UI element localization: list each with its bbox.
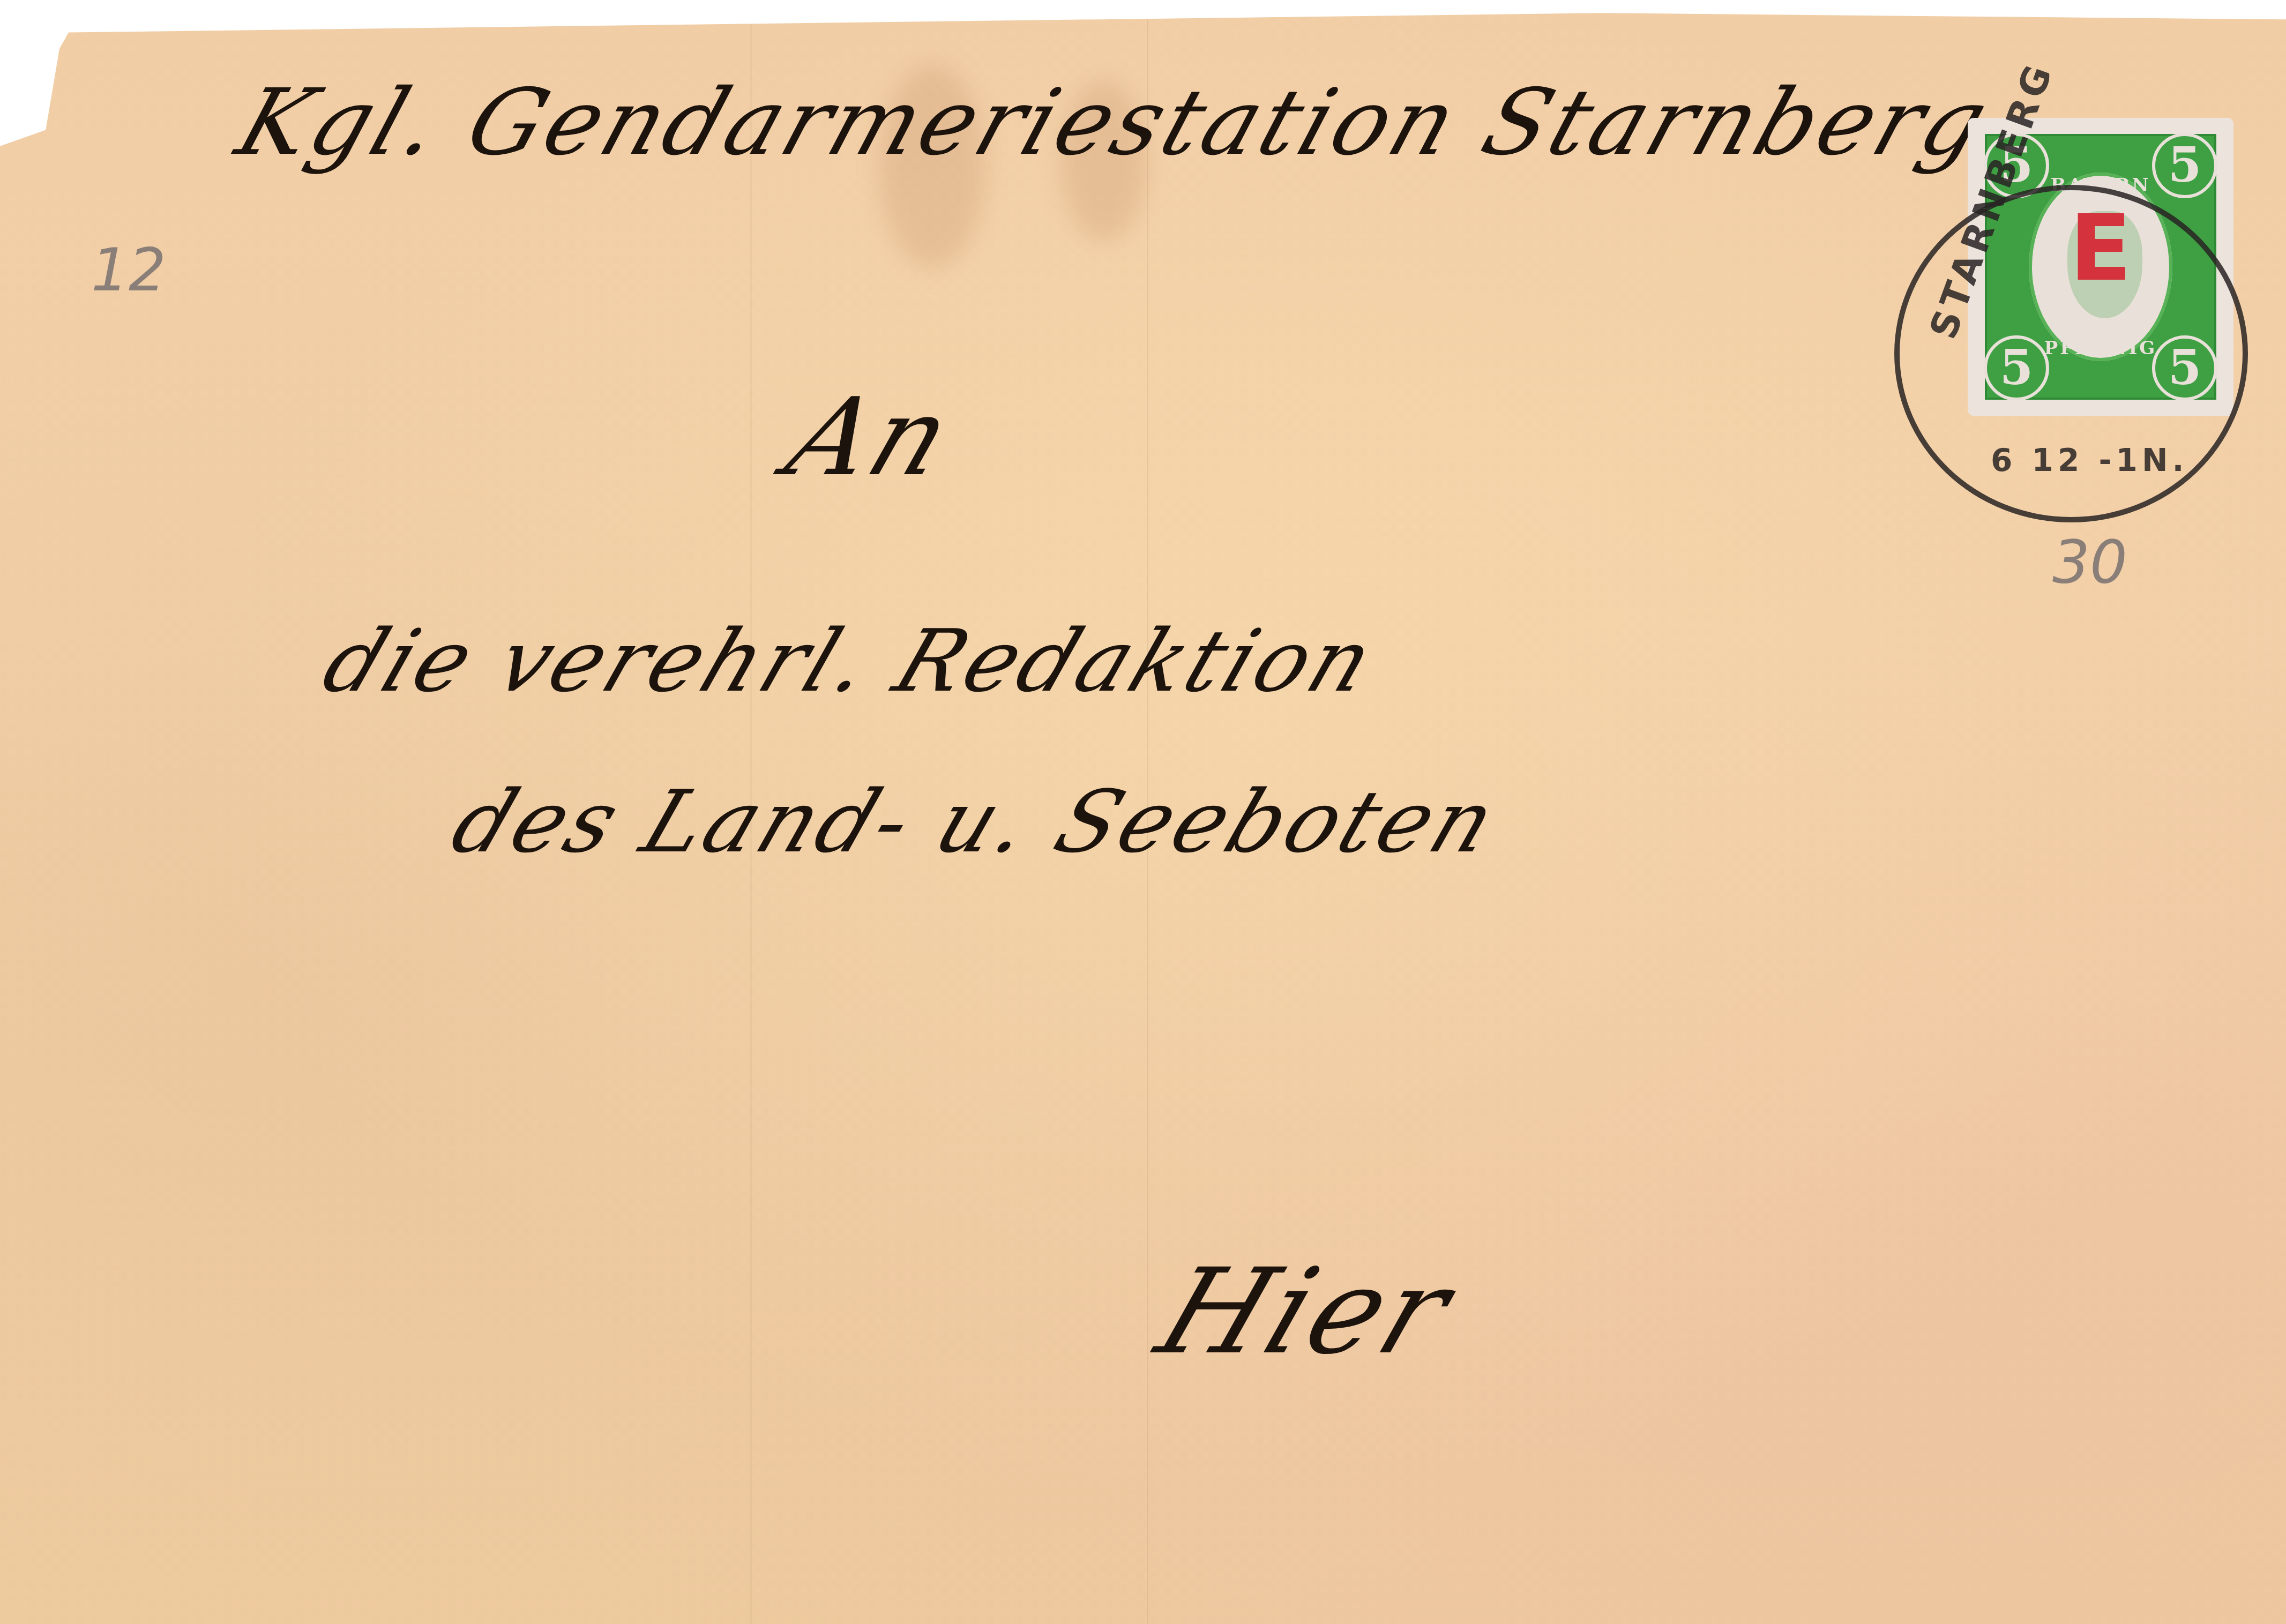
postmark: STARNBERG 6 12 -1N.: [1894, 185, 2248, 522]
envelope: Kgl. Gendarmeriestation Starnberg 12 30 …: [0, 0, 2286, 1624]
address-destination: Hier: [1141, 1243, 1471, 1380]
address-salutation: An: [772, 375, 970, 500]
pencil-note-left: 12: [91, 236, 166, 304]
stamp-denomination-tr: 5: [2152, 133, 2217, 198]
postmark-date: 6 12 -1N.: [1991, 442, 2188, 478]
address-line-2: des Land- u. Seeboten: [439, 772, 1512, 872]
address-line-1: die verehrl. Redaktion: [311, 611, 1389, 711]
pencil-note-right: 30: [2052, 528, 2127, 596]
sender-line: Kgl. Gendarmeriestation Starnberg: [225, 70, 2003, 176]
